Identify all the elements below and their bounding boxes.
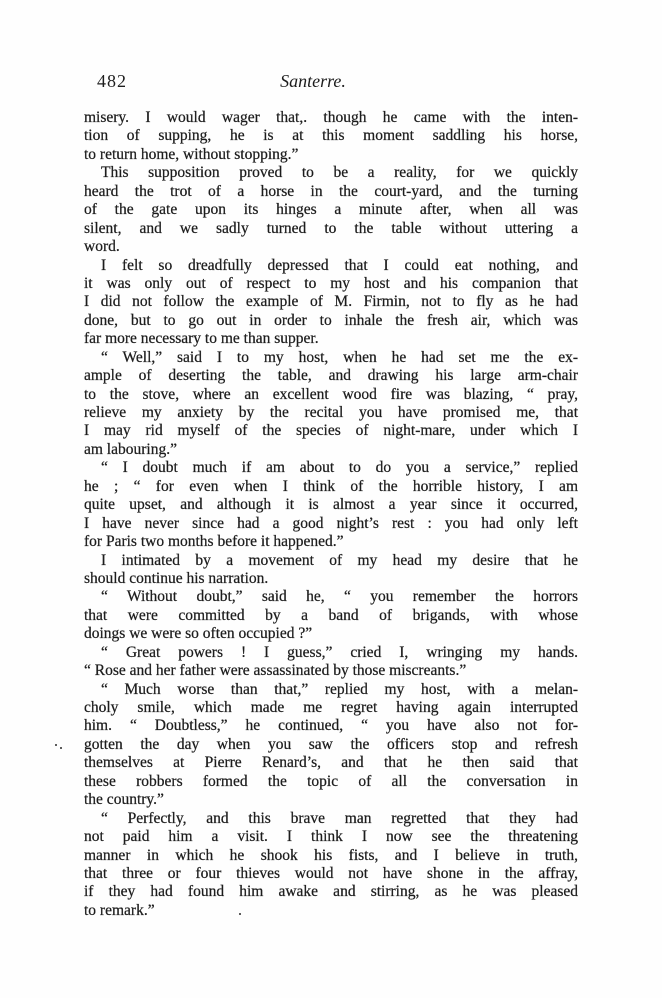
running-title: Santerre. (84, 71, 578, 92)
text-line: the country.” (84, 791, 578, 809)
text-line: done, but to go out in order to inhale t… (84, 312, 578, 330)
text-line: that were committed by a band of brigand… (84, 607, 578, 625)
text-line: it was only out of respect to my host an… (84, 275, 578, 293)
text-line: relieve my anxiety by the recital you ha… (84, 404, 578, 422)
paragraph: “ Without doubt,” said he, “ you remembe… (84, 588, 578, 643)
text-line: quite upset, and although it is almost a… (84, 496, 578, 514)
paragraph: misery. I would wager that,. though he c… (84, 109, 578, 164)
text-line: “ Rose and her father were assassinated … (84, 662, 578, 680)
paragraph: I intimated by a movement of my head my … (84, 552, 578, 589)
text-line: “ Perfectly, and this brave man regrette… (84, 810, 578, 828)
text-line: This supposition proved to be a reality,… (84, 164, 578, 182)
text-line: “ Great powers ! I guess,” cried I, wrin… (84, 644, 578, 662)
text-line: misery. I would wager that,. though he c… (84, 109, 578, 127)
ink-speck (55, 744, 57, 746)
text-line: ample of deserting the table, and drawin… (84, 367, 578, 385)
paragraph: “ I doubt much if am about to do you a s… (84, 459, 578, 551)
paragraph: “ Much worse than that,” replied my host… (84, 681, 578, 810)
text-line: I may rid myself of the species of night… (84, 422, 578, 440)
book-page: 482 Santerre. misery. I would wager that… (0, 0, 662, 998)
text-line: I felt so dreadfully depressed that I co… (84, 257, 578, 275)
text-line: am labouring.” (84, 441, 578, 459)
text-line: of the gate upon its hinges a minute aft… (84, 201, 578, 219)
text-line: him. “ Doubtless,” he continued, “ you h… (84, 717, 578, 735)
text-line: gotten the day when you saw the officers… (84, 736, 578, 754)
ink-speck (60, 747, 62, 749)
text-line: these robbers formed the topic of all th… (84, 773, 578, 791)
paragraph: I felt so dreadfully depressed that I co… (84, 257, 578, 349)
text-line: silent, and we sadly turned to the table… (84, 220, 578, 238)
page-header: 482 Santerre. (84, 71, 578, 95)
text-line: word. (84, 238, 578, 256)
paragraph: “ Well,” said I to my host, when he had … (84, 349, 578, 460)
text-line: to return home, without stopping.” (84, 146, 578, 164)
text-line: should continue his narration. (84, 570, 578, 588)
text-line: themselves at Pierre Renard’s, and that … (84, 754, 578, 772)
text-line: “ Without doubt,” said he, “ you remembe… (84, 588, 578, 606)
text-line: to the stove, where an excellent wood fi… (84, 386, 578, 404)
text-line: manner in which he shook his fists, and … (84, 847, 578, 865)
text-line: far more necessary to me than supper. (84, 330, 578, 348)
text-line: if they had found him awake and stirring… (84, 883, 578, 901)
text-line: doings we were so often occupied ?” (84, 625, 578, 643)
ink-speck (239, 913, 241, 915)
text-line: choly smile, which made me regret having… (84, 699, 578, 717)
text-line: “ I doubt much if am about to do you a s… (84, 459, 578, 477)
text-line: for Paris two months before it happened.… (84, 533, 578, 551)
text-line: “ Well,” said I to my host, when he had … (84, 349, 578, 367)
paragraph: “ Great powers ! I guess,” cried I, wrin… (84, 644, 578, 681)
text-line: heard the trot of a horse in the court-y… (84, 183, 578, 201)
text-line: to remark.” (84, 902, 578, 920)
text-line: I intimated by a movement of my head my … (84, 552, 578, 570)
paragraph: This supposition proved to be a reality,… (84, 164, 578, 256)
page-body: misery. I would wager that,. though he c… (84, 109, 578, 920)
text-line: that three or four thieves would not hav… (84, 865, 578, 883)
paragraph: “ Perfectly, and this brave man regrette… (84, 810, 578, 921)
text-line: he ; “ for even when I think of the horr… (84, 478, 578, 496)
text-line: “ Much worse than that,” replied my host… (84, 681, 578, 699)
text-line: I have never since had a good night’s re… (84, 515, 578, 533)
text-line: tion of supping, he is at this moment sa… (84, 127, 578, 145)
text-line: not paid him a visit. I think I now see … (84, 828, 578, 846)
text-line: I did not follow the example of M. Firmi… (84, 293, 578, 311)
